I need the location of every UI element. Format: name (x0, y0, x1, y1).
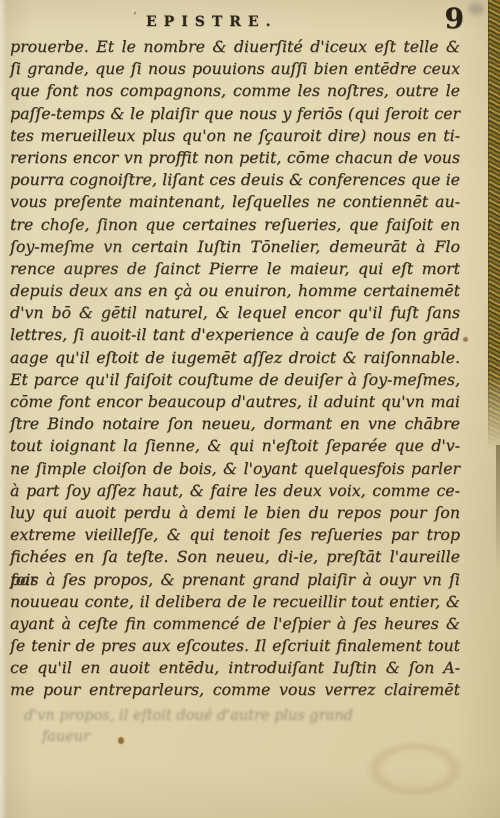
page-header: ‘ EPISTRE. 9 (0, 8, 500, 38)
text-line: luy qui auoit perdu à demi le bien du re… (10, 502, 460, 524)
text-line: cōme font encor beaucoup d'autres, il ad… (10, 391, 460, 413)
show-through-text: d'vn propos, il eſtoit doué d'autre plus… (24, 706, 444, 748)
page-number: 9 (445, 2, 464, 35)
gilt-edge-fade (496, 445, 500, 570)
pencil-smudge (468, 3, 484, 15)
text-line: ne ſimple cloiſon de bois, & l'oyant que… (10, 458, 460, 480)
text-line: prouerbe. Et le nombre & diuerſité d'ice… (10, 36, 460, 58)
text-line: ayant à ceſte fin commencé de l'eſpier à… (10, 613, 460, 635)
paper-stain-ring (360, 738, 470, 800)
text-line: tes merueilleux plus qu'on ne ſçauroit d… (10, 125, 460, 147)
text-line: ſe tenir de pres aux eſcoutes. Il eſcriu… (10, 635, 460, 657)
text-line: à part ſoy aſſez haut, & faire les deux … (10, 480, 460, 502)
running-title: EPISTRE. (146, 14, 277, 30)
text-line: nouueau conte, il delibera de le recueil… (10, 591, 460, 613)
text-line: ſtre Bindo notaire ſon neueu, dormant en… (10, 413, 460, 435)
text-line: fois à ſes propos, & prenant grand plaiſ… (10, 569, 460, 591)
text-line: que font nos compagnons, comme les noſtr… (10, 80, 460, 102)
paper-stain (20, 150, 180, 370)
book-page-scan: ‘ EPISTRE. 9 prouerbe. Et le nombre & di… (0, 0, 500, 818)
text-line: extreme vieilleſſe, & qui tenoit ſes reſ… (10, 524, 460, 546)
text-line: me pour entreparleurs, comme vous verrez… (10, 679, 460, 701)
ink-speck (463, 337, 468, 342)
body-text: prouerbe. Et le nombre & diuerſité d'ice… (10, 36, 460, 702)
gilt-edge-decoration (488, 0, 500, 450)
show-through-line: d'vn propos, il eſtoit doué d'autre plus… (24, 706, 444, 727)
text-line: tout ioignant la ſienne, & qui n'eſtoit … (10, 435, 460, 457)
ink-mark: ‘ (133, 10, 137, 23)
text-line: Et parce qu'il faiſoit couſtume de deuiſ… (10, 369, 460, 391)
text-line: paſſe-temps & le plaiſir que nous y feri… (10, 103, 460, 125)
text-line: ſi grande, que ſi nous pouuions auſſi bi… (10, 58, 460, 80)
text-line: ce qu'il en auoit entēdu, introduiſant I… (10, 657, 460, 679)
ink-speck (118, 737, 124, 744)
text-line: fichées en ſa teſte. Son neueu, di-ie, p… (10, 546, 460, 568)
